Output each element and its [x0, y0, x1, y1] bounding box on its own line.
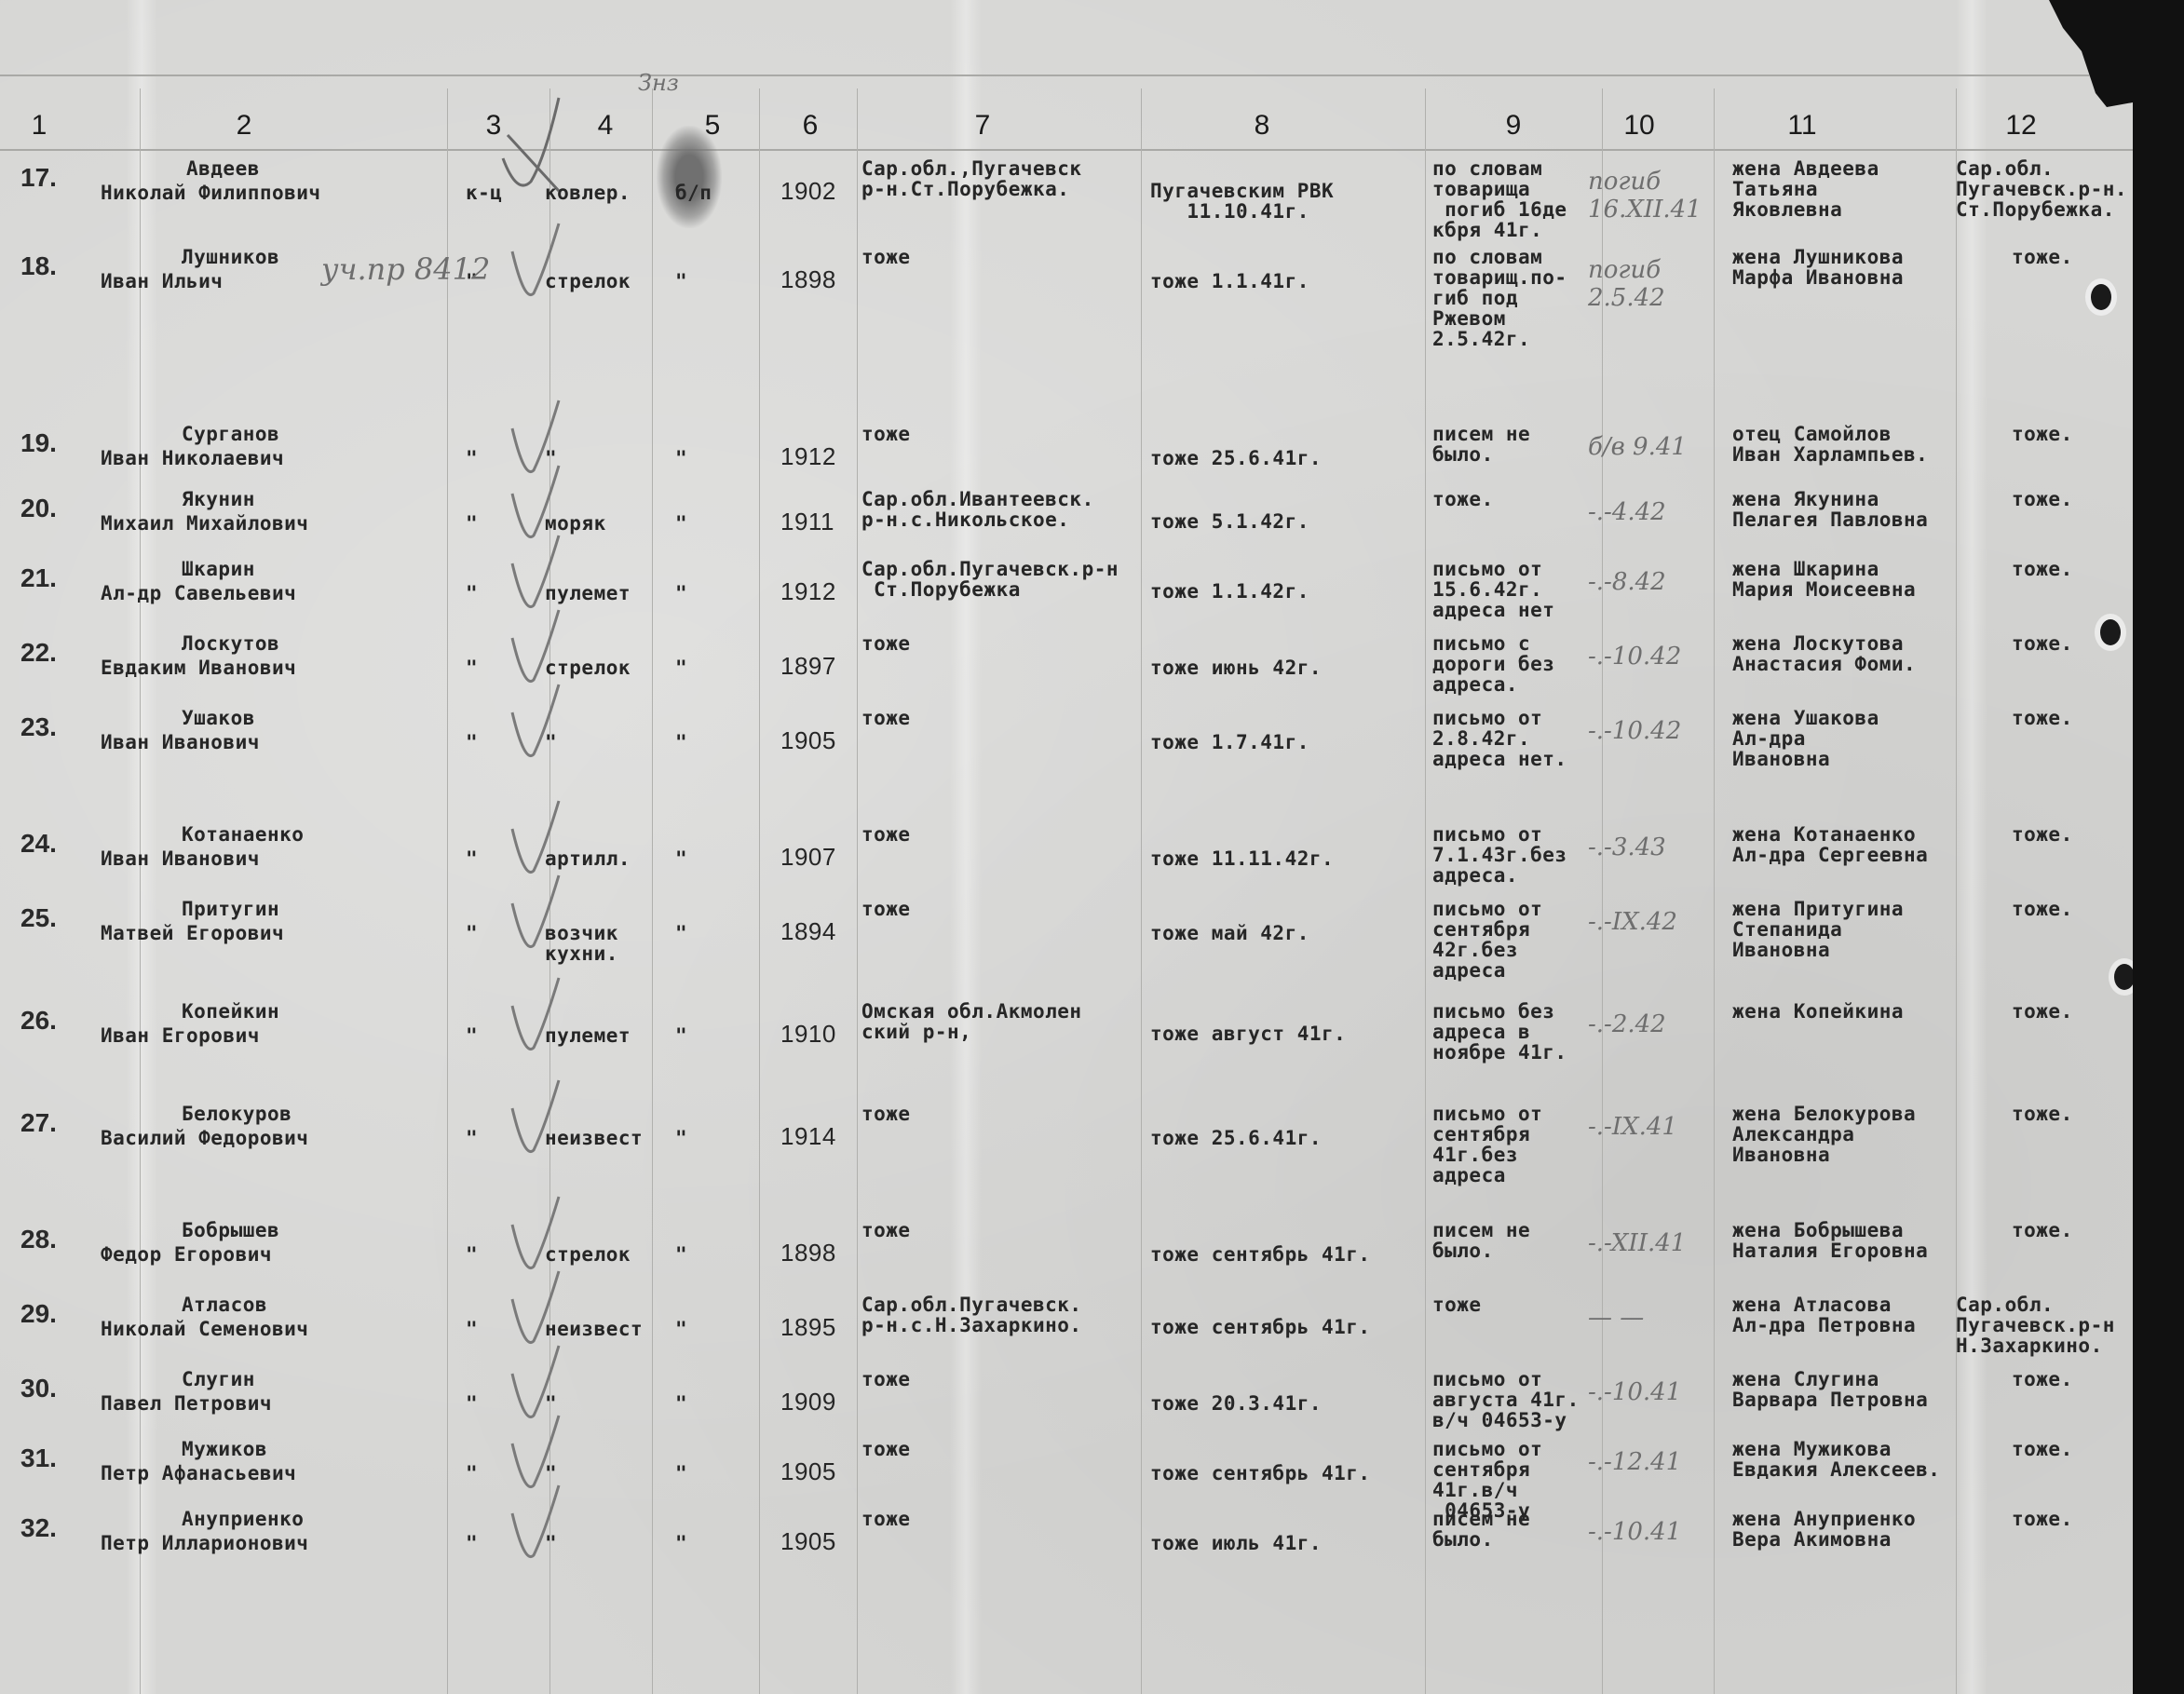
kin-address: тоже.: [2012, 899, 2073, 919]
home-address: Сар.обл.Ивантеевск. р-н.с.Никольское.: [861, 489, 1094, 530]
party-status: ": [466, 1533, 478, 1553]
birth-year: 1905: [780, 1531, 836, 1552]
last-news: письмо от 7.1.43г.без адреса.: [1432, 824, 1567, 886]
cross-mark-icon: [494, 93, 568, 196]
handwritten-status: -.-10.41: [1588, 1518, 1681, 1546]
column-number: 10: [1623, 110, 1654, 142]
check-mark-icon: [508, 1076, 563, 1159]
next-of-kin: жена Ушакова Ал-дра Ивановна: [1732, 708, 1879, 769]
column-divider: [759, 88, 760, 1694]
last-news: письмо от сентября 41г.без адреса: [1432, 1104, 1542, 1186]
column-divider: [447, 88, 448, 1694]
row-number: 23.: [20, 712, 57, 742]
column5-value: ": [675, 1533, 687, 1553]
soldier-given-name: Иван Иванович: [101, 848, 260, 869]
kin-address: тоже.: [2012, 489, 2073, 509]
column-number: 8: [1255, 110, 1270, 142]
soldier-surname: Копейкин: [182, 1001, 279, 1022]
home-address: тоже: [861, 247, 911, 267]
birth-year: 1902: [780, 181, 836, 201]
kin-address: Сар.обл. Пугачевск.р-н Н.Захаркино.: [1956, 1294, 2115, 1356]
soldier-surname: Ануприенко: [182, 1509, 304, 1529]
column5-value: ": [675, 1463, 687, 1484]
soldier-given-name: Николай Филиппович: [101, 183, 321, 203]
home-address: тоже: [861, 708, 911, 728]
party-status: ": [466, 1393, 478, 1414]
handwritten-status: -.-2.42: [1588, 1010, 1666, 1038]
row-number: 26.: [20, 1006, 57, 1036]
conscription-info: тоже 1.1.41г.: [1150, 271, 1309, 291]
last-news: тоже: [1432, 1294, 1482, 1315]
birth-year: 1897: [780, 656, 836, 676]
handwritten-status: -.-XII.41: [1588, 1229, 1686, 1257]
home-address: тоже: [861, 899, 911, 919]
handwritten-status: -.-3.43: [1588, 833, 1666, 861]
column-divider: [140, 88, 141, 1694]
home-address: тоже: [861, 1439, 911, 1459]
home-address: тоже: [861, 1220, 911, 1240]
soldier-given-name: Иван Иванович: [101, 732, 260, 752]
row-number: 17.: [20, 163, 57, 193]
row-number: 27.: [20, 1108, 57, 1138]
soldier-given-name: Василий Федорович: [101, 1128, 308, 1148]
column5-value: ": [675, 1319, 687, 1339]
birth-year: 1910: [780, 1023, 836, 1044]
soldier-surname: Ушаков: [182, 708, 255, 728]
soldier-given-name: Иван Николаевич: [101, 448, 284, 468]
birth-year: 1898: [780, 1242, 836, 1263]
handwritten-header-note: Знз: [638, 70, 679, 96]
column5-value: ": [675, 448, 687, 468]
kin-address: тоже.: [2012, 824, 2073, 845]
column5-value: ": [675, 923, 687, 943]
party-status: ": [466, 923, 478, 943]
birth-year: 1912: [780, 446, 836, 467]
kin-address: тоже.: [2012, 247, 2073, 267]
next-of-kin: жена Притугина Степанида Ивановна: [1732, 899, 1904, 960]
last-news: письмо без адреса в ноябре 41г.: [1432, 1001, 1567, 1063]
conscription-info: тоже июль 41г.: [1150, 1533, 1322, 1553]
birth-year: 1914: [780, 1126, 836, 1146]
kin-address: тоже.: [2012, 424, 2073, 444]
row-number: 32.: [20, 1513, 57, 1543]
next-of-kin: жена Лоскутова Анастасия Фоми.: [1732, 633, 1916, 674]
party-status: ": [466, 1463, 478, 1484]
next-of-kin: жена Белокурова Александра Ивановна: [1732, 1104, 1916, 1165]
party-status: ": [466, 848, 478, 869]
row-number: 28.: [20, 1225, 57, 1254]
column5-value: ": [675, 583, 687, 603]
column5-value: ": [675, 848, 687, 869]
column-divider: [1141, 88, 1142, 1694]
military-specialty: ковлер.: [545, 183, 631, 203]
party-status: ": [466, 657, 478, 678]
birth-year: 1907: [780, 847, 836, 867]
handwritten-status: погиб 2.5.42: [1588, 256, 1665, 312]
next-of-kin: жена Авдеева Татьяна Яковлевна: [1732, 158, 1879, 220]
conscription-info: тоже май 42г.: [1150, 923, 1309, 943]
soldier-given-name: Петр Афанасьевич: [101, 1463, 296, 1484]
column-number: 9: [1506, 110, 1522, 142]
row-number: 21.: [20, 563, 57, 593]
conscription-info: тоже 20.3.41г.: [1150, 1393, 1322, 1414]
column-divider: [1425, 88, 1426, 1694]
soldier-given-name: Федор Егорович: [101, 1244, 272, 1265]
kin-address: тоже.: [2012, 1220, 2073, 1240]
next-of-kin: жена Копейкина: [1732, 1001, 1904, 1022]
handwritten-status: -.-8.42: [1588, 568, 1666, 596]
check-mark-icon: [508, 605, 563, 689]
home-address: тоже: [861, 824, 911, 845]
soldier-given-name: Николай Семенович: [101, 1319, 308, 1339]
home-address: Омская обл.Акмолен ский р-н,: [861, 1001, 1082, 1042]
column-divider: [857, 88, 858, 1694]
row-number: 25.: [20, 903, 57, 933]
handwritten-status: — —: [1588, 1304, 1644, 1332]
column-number: 12: [2005, 110, 2036, 142]
soldier-surname: Сурганов: [182, 424, 279, 444]
last-news: письмо с дороги без адреса.: [1432, 633, 1554, 695]
conscription-info: тоже 25.6.41г.: [1150, 448, 1322, 468]
next-of-kin: жена Атласова Ал-дра Петровна: [1732, 1294, 1916, 1335]
row-number: 29.: [20, 1299, 57, 1329]
check-mark-icon: [508, 219, 563, 303]
ruled-line: [0, 149, 2133, 151]
next-of-kin: жена Якунина Пелагея Павловна: [1732, 489, 1928, 530]
soldier-surname: Мужиков: [182, 1439, 267, 1459]
column-number: 1: [32, 110, 47, 142]
conscription-info: тоже 5.1.42г.: [1150, 511, 1309, 532]
punch-hole: [2100, 619, 2121, 645]
column5-value: ": [675, 1025, 687, 1046]
soldier-given-name: Павел Петрович: [101, 1393, 272, 1414]
column-number: 6: [803, 110, 819, 142]
column-divider: [1714, 88, 1715, 1694]
soldier-given-name: Михаил Михайлович: [101, 513, 308, 534]
conscription-info: тоже 1.1.42г.: [1150, 581, 1309, 602]
paper-fold: [1956, 0, 1987, 1694]
handwritten-status: -.-IX.42: [1588, 908, 1677, 936]
last-news: письмо от 15.6.42г. адреса нет: [1432, 559, 1554, 620]
soldier-given-name: Петр Илларионович: [101, 1533, 308, 1553]
column5-value: ": [675, 1244, 687, 1265]
next-of-kin: жена Котанаенко Ал-дра Сергеевна: [1732, 824, 1928, 865]
soldier-surname: Притугин: [182, 899, 279, 919]
kin-address: тоже.: [2012, 1369, 2073, 1389]
birth-year: 1905: [780, 1461, 836, 1482]
birth-year: 1894: [780, 921, 836, 942]
conscription-info: тоже сентябрь 41г.: [1150, 1317, 1371, 1337]
column-number: 7: [975, 110, 991, 142]
soldier-given-name: Матвей Егорович: [101, 923, 284, 943]
handwritten-status: -.-12.41: [1588, 1448, 1681, 1476]
conscription-info: тоже 11.11.42г.: [1150, 848, 1334, 869]
column5-value: ": [675, 513, 687, 534]
check-mark-icon: [508, 531, 563, 615]
next-of-kin: жена Мужикова Евдакия Алексеев.: [1732, 1439, 1940, 1480]
party-status: ": [466, 583, 478, 603]
party-status: ": [466, 1025, 478, 1046]
ink-stain: [657, 126, 722, 228]
party-status: ": [466, 448, 478, 468]
birth-year: 1898: [780, 269, 836, 290]
column5-value: ": [675, 1128, 687, 1148]
birth-year: 1909: [780, 1391, 836, 1412]
column-number: 4: [598, 110, 614, 142]
last-news: писем не было.: [1432, 424, 1530, 465]
conscription-info: тоже сентябрь 41г.: [1150, 1244, 1371, 1265]
column-divider: [652, 88, 653, 1694]
check-mark-icon: [508, 973, 563, 1057]
handwritten-status: -.-IX.41: [1588, 1113, 1677, 1141]
kin-address: Сар.обл. Пугачевск.р-н. Ст.Порубежка.: [1956, 158, 2127, 220]
home-address: тоже: [861, 1369, 911, 1389]
soldier-surname: Атласов: [182, 1294, 267, 1315]
birth-year: 1895: [780, 1317, 836, 1337]
kin-address: тоже.: [2012, 559, 2073, 579]
last-news: по словам товарищ.по- гиб под Ржевом 2.5…: [1432, 247, 1567, 349]
party-status: ": [466, 732, 478, 752]
conscription-info: тоже 1.7.41г.: [1150, 732, 1309, 752]
ruled-line: [0, 75, 2133, 76]
party-status: к-ц: [466, 183, 502, 203]
soldier-surname: Лушников: [182, 247, 279, 267]
kin-address: тоже.: [2012, 1439, 2073, 1459]
next-of-kin: жена Шкарина Мария Моисеевна: [1732, 559, 1916, 600]
check-mark-icon: [508, 1192, 563, 1276]
column5-value: ": [675, 657, 687, 678]
next-of-kin: жена Слугина Варвара Петровна: [1732, 1369, 1928, 1410]
check-mark-icon: [508, 1267, 563, 1350]
row-number: 30.: [20, 1374, 57, 1403]
soldier-surname: Котанаенко: [182, 824, 304, 845]
column-divider: [1956, 88, 1957, 1694]
kin-address: тоже.: [2012, 1104, 2073, 1124]
party-status: ": [466, 1319, 478, 1339]
home-address: тоже: [861, 1104, 911, 1124]
handwritten-status: б/в 9.41: [1588, 433, 1687, 461]
home-address: Сар.обл.,Пугачевск р-н.Ст.Порубежка.: [861, 158, 1082, 199]
next-of-kin: жена Ануприенко Вера Акимовна: [1732, 1509, 1916, 1550]
birth-year: 1912: [780, 581, 836, 602]
birth-year: 1911: [780, 511, 834, 532]
home-address: тоже: [861, 424, 911, 444]
kin-address: тоже.: [2012, 1509, 2073, 1529]
check-mark-icon: [508, 680, 563, 764]
last-news: по словам товарища погиб 16де кбря 41г.: [1432, 158, 1567, 240]
conscription-info: тоже 25.6.41г.: [1150, 1128, 1322, 1148]
kin-address: тоже.: [2012, 708, 2073, 728]
soldier-surname: Бобрышев: [182, 1220, 279, 1240]
next-of-kin: жена Лушникова Марфа Ивановна: [1732, 247, 1904, 288]
soldier-given-name: Ал-др Савельевич: [101, 583, 296, 603]
soldier-surname: Белокуров: [182, 1104, 292, 1124]
soldier-given-name: Иван Егорович: [101, 1025, 260, 1046]
check-mark-icon: [508, 796, 563, 880]
home-address: Сар.обл.Пугачевск. р-н.с.Н.Захаркино.: [861, 1294, 1082, 1335]
row-number: 31.: [20, 1443, 57, 1473]
last-news: писем не было.: [1432, 1220, 1530, 1261]
column-number: 11: [1787, 110, 1816, 142]
handwritten-status: погиб 16.XII.41: [1588, 168, 1702, 224]
last-news: письмо от 2.8.42г. адреса нет.: [1432, 708, 1567, 769]
soldier-surname: Шкарин: [182, 559, 255, 579]
punch-hole: [2091, 284, 2111, 310]
conscription-info: Пугачевским РВК 11.10.41г.: [1150, 181, 1334, 222]
check-mark-icon: [508, 871, 563, 955]
row-number: 19.: [20, 428, 57, 458]
column5-value: ": [675, 1393, 687, 1414]
last-news: писем не было.: [1432, 1509, 1530, 1550]
soldier-surname: Слугин: [182, 1369, 255, 1389]
soldier-surname: Авдеев: [186, 158, 260, 179]
next-of-kin: жена Бобрышева Наталия Егоровна: [1732, 1220, 1928, 1261]
column5-value: б/п: [675, 183, 712, 203]
kin-address: тоже.: [2012, 633, 2073, 654]
last-news: тоже.: [1432, 489, 1494, 509]
row-number: 20.: [20, 494, 57, 523]
conscription-info: тоже июнь 42г.: [1150, 657, 1322, 678]
row-number: 18.: [20, 251, 57, 281]
home-address: тоже: [861, 633, 911, 654]
punch-hole: [2114, 964, 2135, 990]
row-number: 24.: [20, 829, 57, 859]
birth-year: 1905: [780, 730, 836, 751]
check-mark-icon: [508, 1481, 563, 1565]
handwritten-status: -.-10.42: [1588, 717, 1681, 745]
party-status: ": [466, 1128, 478, 1148]
row-number: 22.: [20, 638, 57, 668]
handwritten-margin-note: уч.пр 8412: [321, 251, 490, 287]
next-of-kin: отец Самойлов Иван Харлампьев.: [1732, 424, 1928, 465]
last-news: письмо от сентября 42г.без адреса: [1432, 899, 1542, 981]
column-number: 2: [237, 110, 252, 142]
last-news: письмо от августа 41г. в/ч 04653-у: [1432, 1369, 1580, 1430]
handwritten-status: -.-4.42: [1588, 498, 1666, 526]
column5-value: ": [675, 271, 687, 291]
paper-fold: [950, 0, 982, 1694]
column5-value: ": [675, 732, 687, 752]
home-address: Сар.обл.Пугачевск.р-н Ст.Порубежка: [861, 559, 1119, 600]
soldier-given-name: Евдаким Иванович: [101, 657, 296, 678]
party-status: ": [466, 1244, 478, 1265]
soldier-surname: Лоскутов: [182, 633, 279, 654]
handwritten-status: -.-10.41: [1588, 1378, 1681, 1406]
soldier-given-name: Иван Ильич: [101, 271, 223, 291]
conscription-info: тоже сентябрь 41г.: [1150, 1463, 1371, 1484]
document-sheet: 123456789101112 Знз 17.АвдеевНиколай Фил…: [0, 0, 2133, 1694]
soldier-surname: Якунин: [182, 489, 255, 509]
party-status: ": [466, 513, 478, 534]
home-address: тоже: [861, 1509, 911, 1529]
kin-address: тоже.: [2012, 1001, 2073, 1022]
conscription-info: тоже август 41г.: [1150, 1023, 1346, 1044]
handwritten-status: -.-10.42: [1588, 643, 1681, 671]
